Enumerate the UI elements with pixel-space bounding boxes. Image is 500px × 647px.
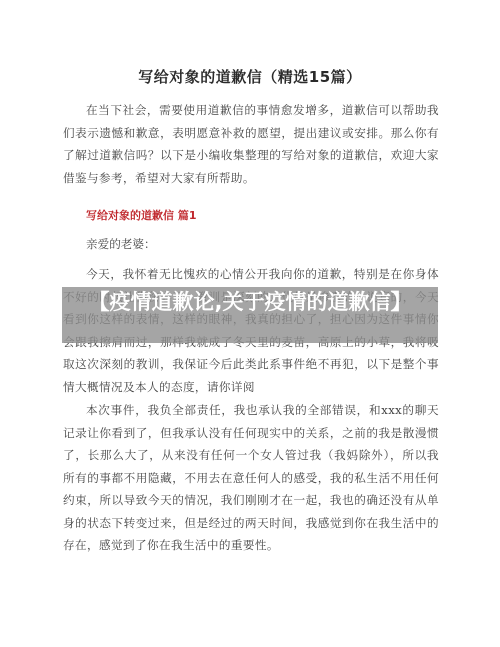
section-heading: 写给对象的道歉信 篇1 — [86, 207, 196, 223]
letter-paragraph-2: 本次事件，我负全部责任，我也承认我的全部错误，和xxx的聊天记录让你看到了，但我… — [63, 399, 439, 557]
intro-paragraph: 在当下社会，需要使用道歉信的事情愈发增多，道歉信可以帮助我们表示遗憾和歉意，表明… — [63, 99, 439, 189]
document-page: 写给对象的道歉信（精选15篇） 在当下社会，需要使用道歉信的事情愈发增多，道歉信… — [0, 0, 500, 647]
overlay-title: 【疫情道歉论,关于疫情的道歉信】 — [62, 289, 438, 315]
salutation: 亲爱的老婆： — [86, 236, 156, 252]
document-title: 写给对象的道歉信（精选15篇） — [0, 66, 500, 87]
